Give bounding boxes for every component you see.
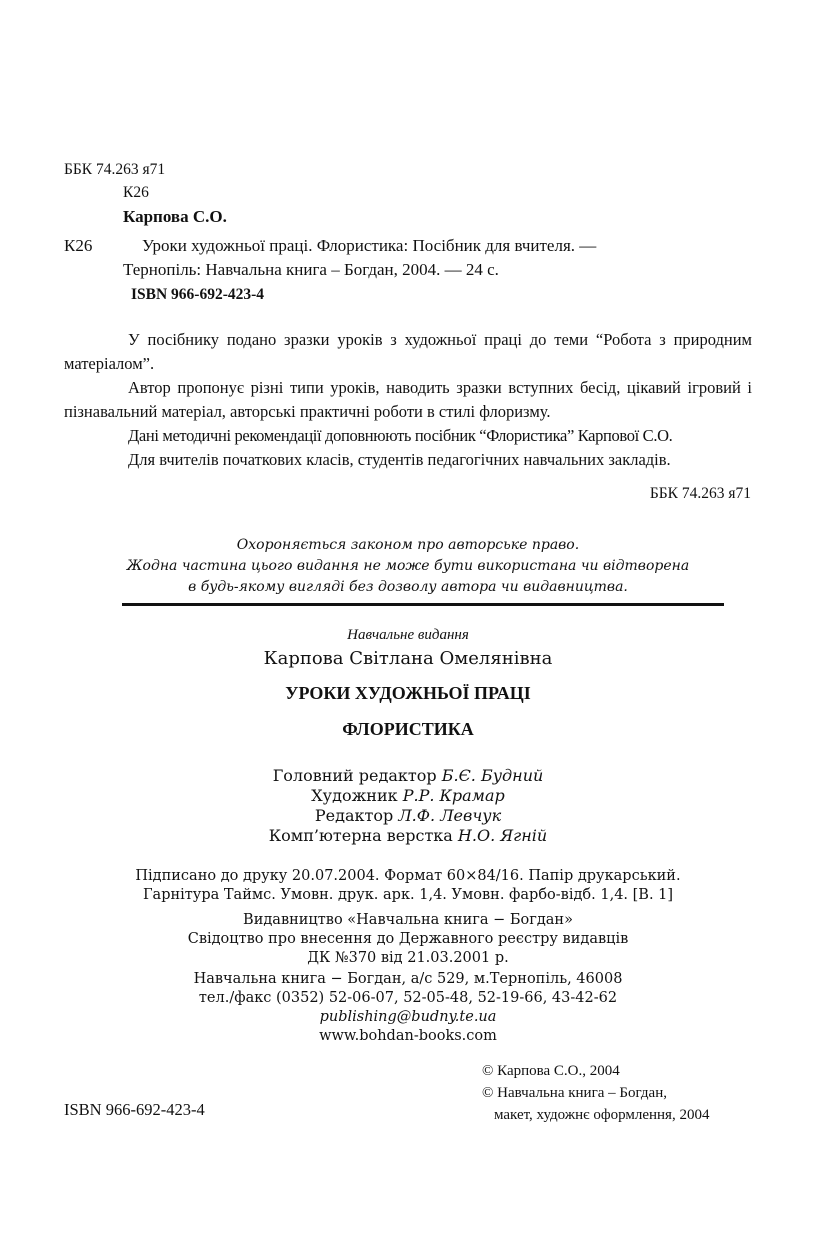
print-info-line: Підписано до друку 20.07.2004. Формат 60… — [0, 867, 816, 886]
author-mark-left: К26 — [64, 236, 92, 256]
author-name: Карпова С.О. — [123, 207, 227, 227]
annotation: У посібнику подано зразки уроків з худож… — [64, 328, 752, 472]
credit-role: Редактор — [315, 806, 393, 825]
copyright-line: © Навчальна книга – Богдан, — [482, 1082, 709, 1104]
notice-line: Охороняється законом про авторське право… — [122, 535, 694, 556]
print-info: Підписано до друку 20.07.2004. Формат 60… — [0, 867, 816, 905]
publisher-info: Видавництво «Навчальна книга − Богдан» С… — [0, 911, 816, 968]
credit-row: Художник Р.Р. Крамар — [0, 786, 816, 806]
annotation-paragraph: Дані методичні рекомендації доповнюють п… — [64, 424, 752, 448]
publisher-line: ДК №370 від 21.03.2001 р. — [0, 949, 816, 968]
credit-role: Комп’ютерна верстка — [269, 826, 453, 845]
copyright-line: макет, художнє оформлення, 2004 — [482, 1104, 709, 1126]
annotation-paragraph: Автор пропонує різні типи уроків, наводи… — [64, 376, 752, 424]
catalog-title-line-1: Уроки художньої праці. Флористика: Посіб… — [142, 236, 596, 256]
publisher-line: Свідоцтво про внесення до Державного реє… — [0, 930, 816, 949]
copyright-line: © Карпова С.О., 2004 — [482, 1060, 709, 1082]
credit-name: Р.Р. Крамар — [403, 786, 505, 805]
book-subtitle: ФЛОРИСТИКА — [0, 719, 816, 740]
credit-name: Б.Є. Будний — [442, 766, 544, 785]
publisher-address: Навчальна книга − Богдан, а/с 529, м.Тер… — [0, 970, 816, 989]
copyrights: © Карпова С.О., 2004 © Навчальна книга –… — [482, 1060, 709, 1126]
edition-type: Навчальне видання — [0, 627, 816, 644]
horizontal-rule — [122, 603, 724, 606]
credit-row: Комп’ютерна верстка Н.О. Ягній — [0, 826, 816, 846]
credit-role: Художник — [311, 786, 397, 805]
notice-line: Жодна частина цього видання не може бути… — [122, 556, 694, 577]
contact-info: Навчальна книга − Богдан, а/с 529, м.Тер… — [0, 970, 816, 1046]
annotation-paragraph: Для вчителів початкових класів, студенті… — [64, 448, 752, 472]
credit-name: Л.Ф. Левчук — [398, 806, 501, 825]
notice-line: в будь-якому вигляді без дозволу автора … — [122, 577, 694, 598]
publisher-email[interactable]: publishing@budny.te.ua — [0, 1008, 816, 1027]
credit-name: Н.О. Ягній — [458, 826, 547, 845]
copyright-notice: Охороняється законом про авторське право… — [122, 535, 694, 598]
publisher-website[interactable]: www.bohdan-books.com — [0, 1027, 816, 1046]
bbk-code-right: ББК 74.263 я71 — [650, 485, 751, 503]
author-full-name: Карпова Світлана Омелянівна — [0, 648, 816, 669]
isbn-catalog: ISBN 966-692-423-4 — [131, 286, 264, 304]
isbn-footer: ISBN 966-692-423-4 — [64, 1100, 205, 1120]
annotation-paragraph: У посібнику подано зразки уроків з худож… — [64, 328, 752, 376]
credit-role: Головний редактор — [273, 766, 437, 785]
publisher-phones: тел./факс (0352) 52-06-07, 52-05-48, 52-… — [0, 989, 816, 1008]
bbk-code: ББК 74.263 я71 — [64, 161, 165, 179]
catalog-title-line-2: Тернопіль: Навчальна книга – Богдан, 200… — [123, 260, 499, 280]
author-mark: К26 — [123, 184, 149, 202]
credits: Головний редактор Б.Є. Будний Художник Р… — [0, 766, 816, 846]
credit-row: Редактор Л.Ф. Левчук — [0, 806, 816, 826]
print-info-line: Гарнітура Таймс. Умовн. друк. арк. 1,4. … — [0, 886, 816, 905]
publisher-line: Видавництво «Навчальна книга − Богдан» — [0, 911, 816, 930]
credit-row: Головний редактор Б.Є. Будний — [0, 766, 816, 786]
book-title: УРОКИ ХУДОЖНЬОЇ ПРАЦІ — [0, 683, 816, 704]
